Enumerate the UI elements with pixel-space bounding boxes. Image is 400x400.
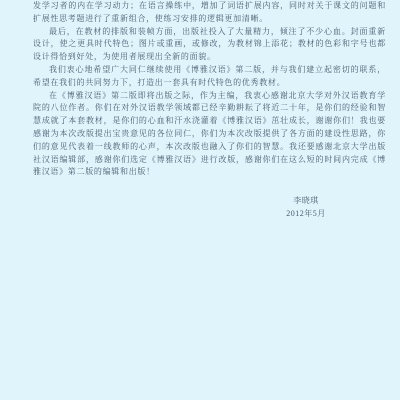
signature-date: 2012年5月: [276, 207, 336, 220]
signature-name: 李晓琪: [276, 194, 336, 207]
preface-text-block: 发学习者的内在学习动力；在语言操练中，增加了词语扩展内容，同时对关于课文的问题和…: [33, 0, 386, 220]
preface-paragraph-continuation: 发学习者的内在学习动力；在语言操练中，增加了词语扩展内容，同时对关于课文的问题和…: [33, 0, 386, 26]
preface-paragraph: 最后，在教材的排版和装帧方面，出版社投入了大量精力，倾注了不少心血。封面重新设计…: [33, 26, 386, 64]
preface-page: 发学习者的内在学习动力；在语言操练中，增加了词语扩展内容，同时对关于课文的问题和…: [0, 0, 400, 400]
signature-block: 李晓琪 2012年5月: [276, 194, 336, 220]
preface-paragraph: 在《博雅汉语》第二版即将出版之际，作为主编，我衷心感谢北京大学对外汉语教育学院的…: [33, 90, 386, 180]
preface-paragraph: 我们衷心地希望广大同仁继续使用《博雅汉语》第二版，并与我们建立起密切的联系，希望…: [33, 64, 386, 90]
